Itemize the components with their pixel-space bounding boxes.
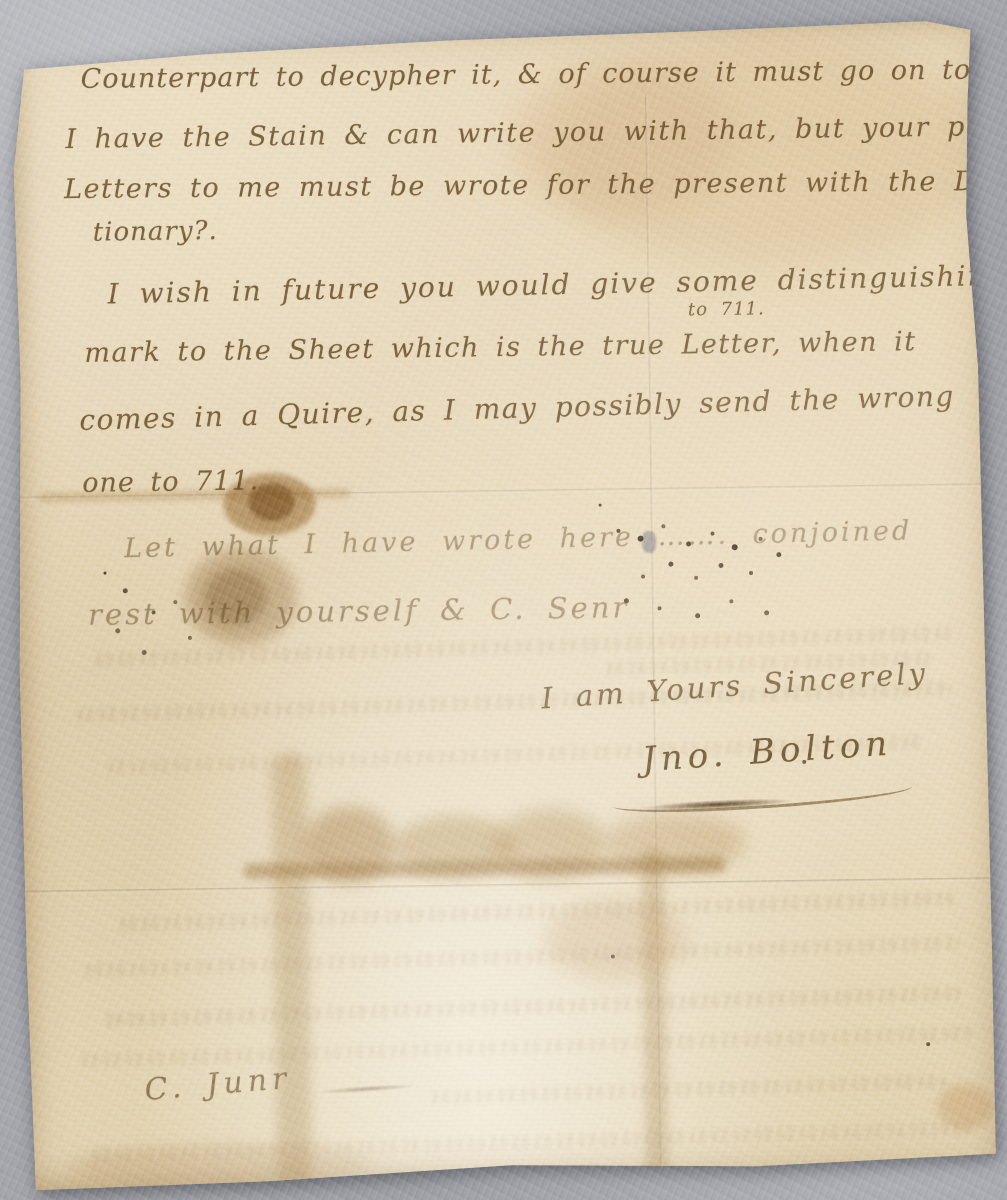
handwriting-line: tionary?. <box>93 216 218 248</box>
docket-flourish <box>319 1083 415 1095</box>
ghost-writing <box>87 1121 977 1163</box>
stain <box>393 815 516 879</box>
ghost-writing <box>80 936 960 978</box>
handwriting-line: mark to the Sheet which is the true Lett… <box>84 326 917 369</box>
interline-insertion: to 711. <box>688 298 765 320</box>
handwriting-line-faded: rest with yourself & C. Senr <box>88 590 630 632</box>
signature: Jno. Bolton <box>641 724 893 781</box>
ink-speck <box>926 1042 930 1046</box>
stain <box>244 857 726 879</box>
ink-speck-cluster <box>103 572 106 575</box>
stain <box>603 812 746 874</box>
handwriting-line: I have the Stain & can write you with th… <box>65 111 1007 156</box>
scanned-letter-photo: Counterpart to decypher it, & of course … <box>0 0 1007 1200</box>
docket-annotation: C. Junr <box>143 1061 292 1108</box>
handwriting-line: comes in a Quire, as I may possibly send… <box>79 379 955 436</box>
handwriting-line: Counterpart to decypher it, & of course … <box>80 54 1007 95</box>
handwriting-line: I wish in future you would give some dis… <box>107 259 1007 311</box>
handwriting-line-faded: Let what I have wrote here ……. conjoined <box>124 515 913 564</box>
ink-speck-cluster <box>599 504 602 507</box>
ghost-writing <box>76 1026 976 1068</box>
fold-crease <box>20 877 996 894</box>
stain <box>303 807 396 884</box>
ghost-writing <box>114 891 954 931</box>
letter-sheet: Counterpart to decypher it, & of course … <box>8 19 1000 1193</box>
handwriting-line: Letters to me must be wrote for the pres… <box>64 166 1007 205</box>
ghost-writing <box>101 986 961 1027</box>
paper-shadow-wrap: Counterpart to decypher it, & of course … <box>0 0 1007 1200</box>
ghost-writing <box>427 1074 947 1104</box>
handwriting-line: one to 711. <box>82 465 259 498</box>
stain <box>493 809 606 881</box>
